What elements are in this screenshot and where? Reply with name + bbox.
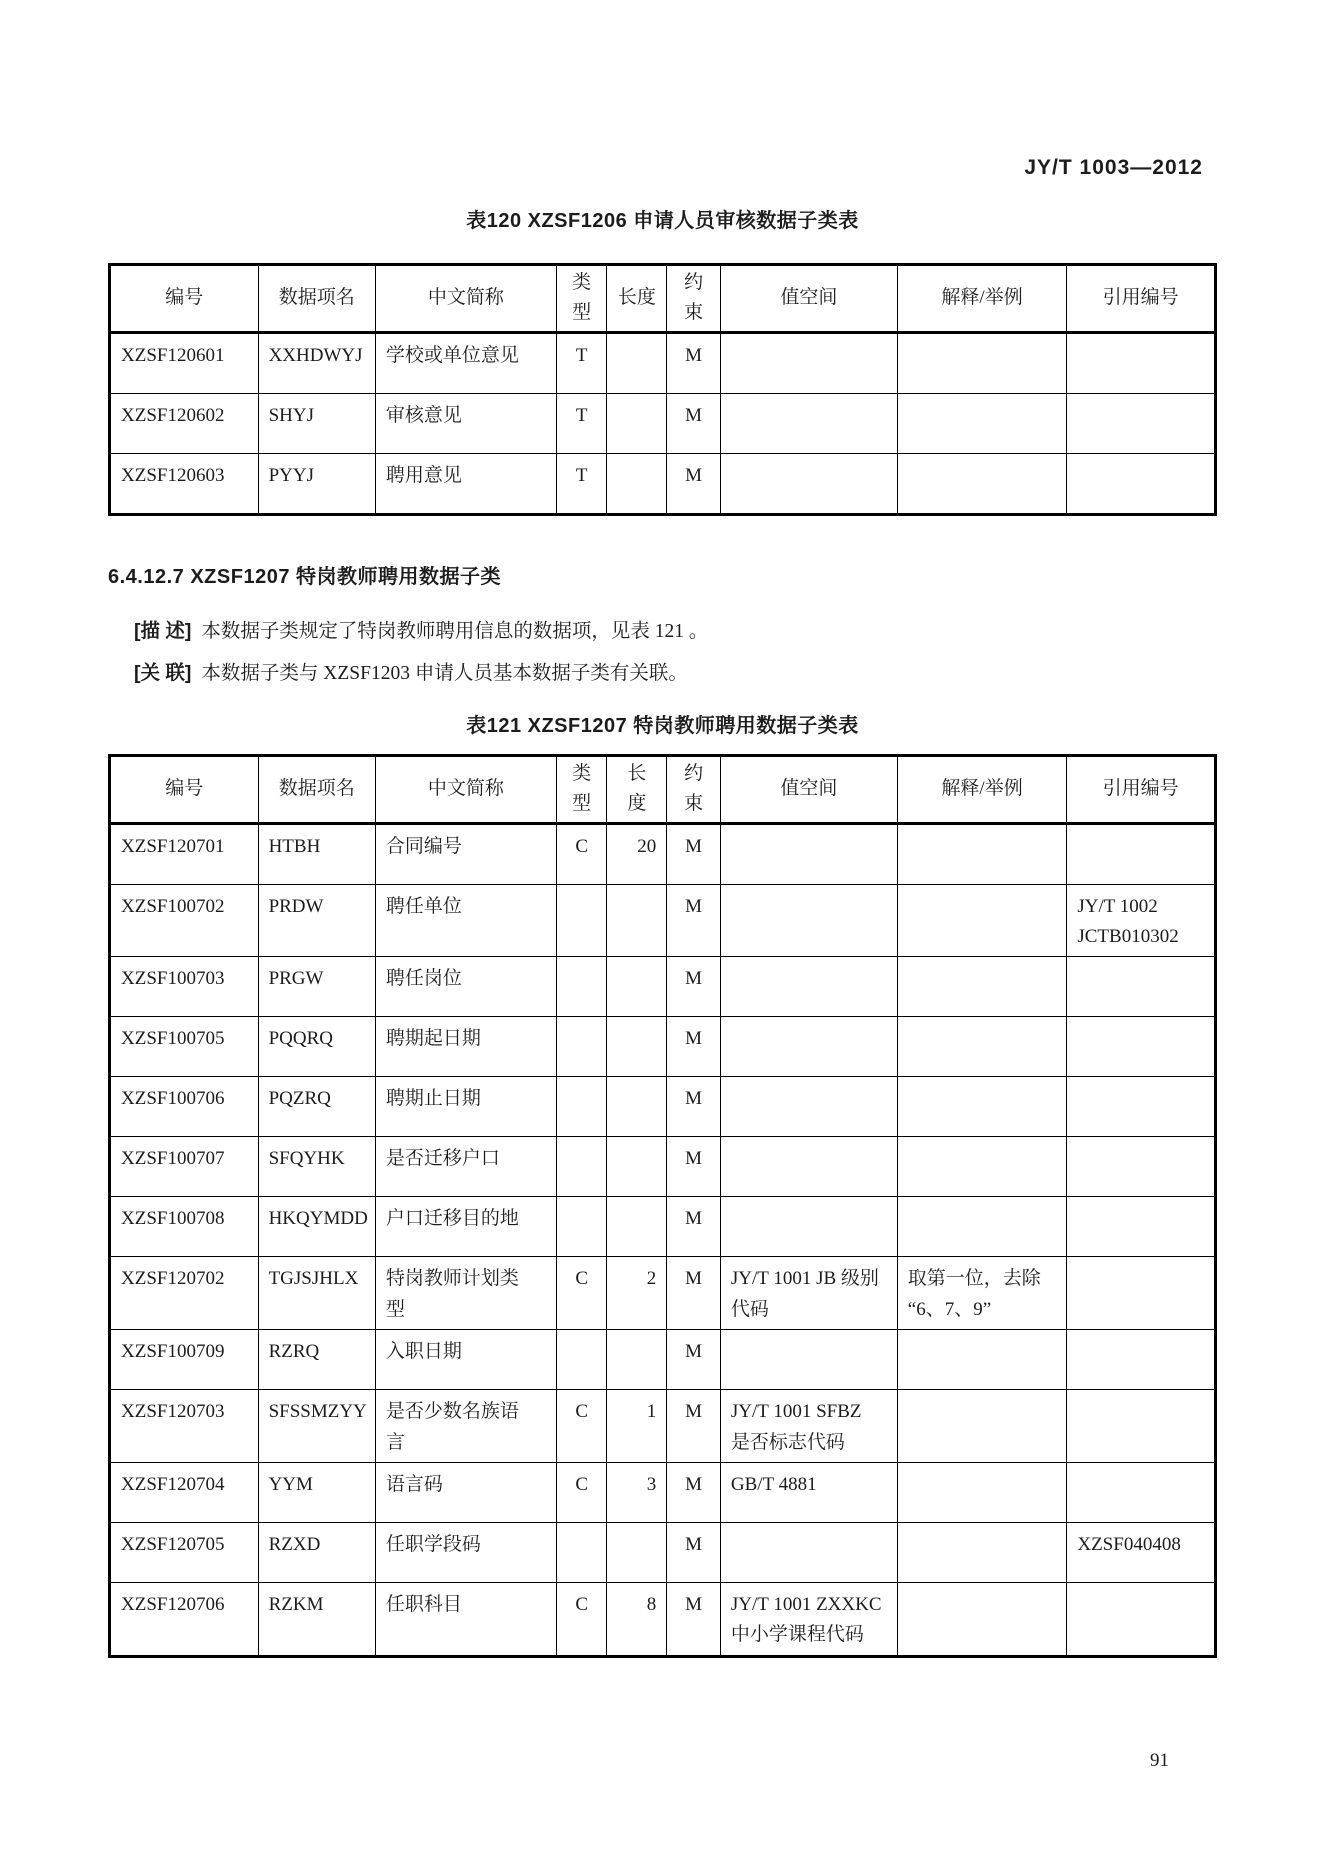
- cell-type: [556, 1017, 606, 1077]
- cell-item-name: HTBH: [258, 823, 375, 884]
- cell-item-name: SFSSMZYY: [258, 1390, 375, 1463]
- cell-value-space: JY/T 1001 ZXXKC 中小学课程代码: [720, 1582, 897, 1656]
- cell-explanation: [897, 823, 1067, 884]
- cell-chinese-short-name: 聘期起日期: [375, 1017, 556, 1077]
- cell-explanation: [897, 1017, 1067, 1077]
- table-row: XZSF100702PRDW聘任单位MJY/T 1002 JCTB010302: [110, 884, 1216, 957]
- cell-reference-id: JY/T 1002 JCTB010302: [1067, 884, 1216, 957]
- cell-reference-id: [1067, 1390, 1216, 1463]
- cell-id: XZSF120702: [110, 1257, 259, 1330]
- header-item-name: 数据项名: [258, 265, 375, 333]
- paragraph-relation-text: 本数据子类与 XZSF1203 申请人员基本数据子类有关联。: [201, 663, 687, 684]
- cell-length: [607, 1330, 667, 1390]
- cell-chinese-short-name: 聘用意见: [375, 453, 556, 514]
- cell-id: XZSF120603: [110, 453, 259, 514]
- cell-id: XZSF120706: [110, 1582, 259, 1656]
- cell-id: XZSF100708: [110, 1197, 259, 1257]
- cell-value-space: [720, 1330, 897, 1390]
- cell-length: [607, 1137, 667, 1197]
- header-item-name: 数据项名: [258, 755, 375, 823]
- cell-item-name: PRDW: [258, 884, 375, 957]
- cell-type: C: [556, 1582, 606, 1656]
- cell-chinese-short-name: 特岗教师计划类 型: [375, 1257, 556, 1330]
- cell-length: [607, 453, 667, 514]
- cell-type: [556, 1077, 606, 1137]
- cell-type: C: [556, 1390, 606, 1463]
- cell-length: [607, 1017, 667, 1077]
- header-id: 编号: [110, 755, 259, 823]
- cell-length: [607, 393, 667, 453]
- cell-type: [556, 1522, 606, 1582]
- cell-constraint: M: [667, 1582, 721, 1656]
- cell-item-name: PQQRQ: [258, 1017, 375, 1077]
- cell-explanation: [897, 1522, 1067, 1582]
- table120: 编号数据项名中文简称类 型长度约 束值空间解释/举例引用编号 XZSF12060…: [108, 263, 1217, 516]
- table121-header-row: 编号数据项名中文简称类 型长 度约 束值空间解释/举例引用编号: [110, 755, 1216, 823]
- table-row: XZSF120705RZXD任职学段码MXZSF040408: [110, 1522, 1216, 1582]
- cell-length: [607, 332, 667, 393]
- cell-item-name: RZXD: [258, 1522, 375, 1582]
- cell-chinese-short-name: 合同编号: [375, 823, 556, 884]
- cell-type: [556, 1137, 606, 1197]
- cell-chinese-short-name: 是否少数名族语 言: [375, 1390, 556, 1463]
- cell-item-name: PQZRQ: [258, 1077, 375, 1137]
- cell-constraint: M: [667, 1462, 721, 1522]
- cell-reference-id: [1067, 1257, 1216, 1330]
- table-row: XZSF120706RZKM任职科目C8MJY/T 1001 ZXXKC 中小学…: [110, 1582, 1216, 1656]
- cell-chinese-short-name: 任职学段码: [375, 1522, 556, 1582]
- header-constraint: 约 束: [667, 265, 721, 333]
- header-chinese-short-name: 中文简称: [375, 755, 556, 823]
- header-length: 长 度: [607, 755, 667, 823]
- table-row: XZSF120704YYM语言码C3MGB/T 4881: [110, 1462, 1216, 1522]
- paragraph-description-text: 本数据子类规定了特岗教师聘用信息的数据项，见表 121 。: [201, 621, 708, 642]
- cell-id: XZSF100703: [110, 957, 259, 1017]
- cell-value-space: [720, 393, 897, 453]
- cell-constraint: M: [667, 823, 721, 884]
- cell-type: [556, 884, 606, 957]
- table120-body: XZSF120601XXHDWYJ学校或单位意见TMXZSF120602SHYJ…: [110, 332, 1216, 514]
- cell-chinese-short-name: 任职科目: [375, 1582, 556, 1656]
- cell-id: XZSF120602: [110, 393, 259, 453]
- cell-id: XZSF120704: [110, 1462, 259, 1522]
- cell-reference-id: [1067, 1197, 1216, 1257]
- cell-id: XZSF100706: [110, 1077, 259, 1137]
- paragraph-description: [描 述]本数据子类规定了特岗教师聘用信息的数据项，见表 121 。: [108, 615, 1217, 643]
- table121-body: XZSF120701HTBH合同编号C20MXZSF100702PRDW聘任单位…: [110, 823, 1216, 1656]
- cell-item-name: RZKM: [258, 1582, 375, 1656]
- cell-value-space: [720, 823, 897, 884]
- cell-value-space: [720, 957, 897, 1017]
- table-row: XZSF100707SFQYHK是否迁移户口M: [110, 1137, 1216, 1197]
- table-row: XZSF120703SFSSMZYY是否少数名族语 言C1MJY/T 1001 …: [110, 1390, 1216, 1463]
- cell-value-space: [720, 453, 897, 514]
- cell-constraint: M: [667, 1522, 721, 1582]
- cell-length: 3: [607, 1462, 667, 1522]
- page-number: 91: [1150, 1750, 1169, 1772]
- cell-constraint: M: [667, 1137, 721, 1197]
- cell-length: [607, 1197, 667, 1257]
- header-explanation: 解释/举例: [897, 265, 1067, 333]
- cell-length: [607, 1522, 667, 1582]
- cell-item-name: SFQYHK: [258, 1137, 375, 1197]
- cell-type: C: [556, 823, 606, 884]
- cell-chinese-short-name: 语言码: [375, 1462, 556, 1522]
- cell-constraint: M: [667, 1330, 721, 1390]
- page-content: JY/T 1003—2012 表120 XZSF1206 申请人员审核数据子类表…: [108, 0, 1217, 1658]
- cell-item-name: XXHDWYJ: [258, 332, 375, 393]
- cell-explanation: [897, 1137, 1067, 1197]
- cell-reference-id: [1067, 453, 1216, 514]
- cell-length: 2: [607, 1257, 667, 1330]
- cell-chinese-short-name: 聘任单位: [375, 884, 556, 957]
- cell-type: [556, 957, 606, 1017]
- cell-length: 8: [607, 1582, 667, 1656]
- paragraph-description-label: [描 述]: [134, 620, 191, 642]
- cell-explanation: [897, 957, 1067, 1017]
- table-row: XZSF120603PYYJ聘用意见TM: [110, 453, 1216, 514]
- cell-value-space: [720, 1197, 897, 1257]
- cell-item-name: PRGW: [258, 957, 375, 1017]
- cell-explanation: [897, 1077, 1067, 1137]
- cell-reference-id: [1067, 957, 1216, 1017]
- cell-constraint: M: [667, 1077, 721, 1137]
- cell-item-name: SHYJ: [258, 393, 375, 453]
- cell-constraint: M: [667, 1257, 721, 1330]
- cell-id: XZSF120705: [110, 1522, 259, 1582]
- cell-explanation: [897, 1582, 1067, 1656]
- cell-type: C: [556, 1462, 606, 1522]
- table-row: XZSF100703PRGW聘任岗位M: [110, 957, 1216, 1017]
- table-row: XZSF100706PQZRQ聘期止日期M: [110, 1077, 1216, 1137]
- cell-constraint: M: [667, 957, 721, 1017]
- cell-id: XZSF120601: [110, 332, 259, 393]
- paragraph-relation: [关 联]本数据子类与 XZSF1203 申请人员基本数据子类有关联。: [108, 657, 1217, 685]
- cell-value-space: [720, 884, 897, 957]
- table-row: XZSF120601XXHDWYJ学校或单位意见TM: [110, 332, 1216, 393]
- table-row: XZSF100709RZRQ入职日期M: [110, 1330, 1216, 1390]
- cell-item-name: HKQYMDD: [258, 1197, 375, 1257]
- cell-length: [607, 957, 667, 1017]
- cell-id: XZSF100702: [110, 884, 259, 957]
- table-row: XZSF120602SHYJ审核意见TM: [110, 393, 1216, 453]
- cell-item-name: RZRQ: [258, 1330, 375, 1390]
- cell-value-space: [720, 1017, 897, 1077]
- cell-explanation: [897, 453, 1067, 514]
- standard-doc-code: JY/T 1003—2012: [108, 156, 1217, 180]
- cell-value-space: JY/T 1001 SFBZ 是否标志代码: [720, 1390, 897, 1463]
- cell-explanation: [897, 1390, 1067, 1463]
- table120-header: 编号数据项名中文简称类 型长度约 束值空间解释/举例引用编号: [110, 265, 1216, 333]
- cell-constraint: M: [667, 1390, 721, 1463]
- cell-value-space: GB/T 4881: [720, 1462, 897, 1522]
- cell-chinese-short-name: 是否迁移户口: [375, 1137, 556, 1197]
- cell-value-space: [720, 1137, 897, 1197]
- cell-reference-id: [1067, 393, 1216, 453]
- cell-constraint: M: [667, 1017, 721, 1077]
- cell-value-space: JY/T 1001 JB 级别 代码: [720, 1257, 897, 1330]
- cell-length: [607, 884, 667, 957]
- cell-constraint: M: [667, 1197, 721, 1257]
- table120-header-row: 编号数据项名中文简称类 型长度约 束值空间解释/举例引用编号: [110, 265, 1216, 333]
- header-value-space: 值空间: [720, 755, 897, 823]
- cell-chinese-short-name: 入职日期: [375, 1330, 556, 1390]
- header-constraint: 约 束: [667, 755, 721, 823]
- cell-id: XZSF100705: [110, 1017, 259, 1077]
- cell-explanation: 取第一位，去除 “6、7、9”: [897, 1257, 1067, 1330]
- header-value-space: 值空间: [720, 265, 897, 333]
- table-row: XZSF100708HKQYMDD户口迁移目的地M: [110, 1197, 1216, 1257]
- cell-id: XZSF100709: [110, 1330, 259, 1390]
- cell-constraint: M: [667, 884, 721, 957]
- cell-value-space: [720, 1077, 897, 1137]
- cell-chinese-short-name: 学校或单位意见: [375, 332, 556, 393]
- cell-chinese-short-name: 聘任岗位: [375, 957, 556, 1017]
- cell-reference-id: [1067, 1137, 1216, 1197]
- cell-length: [607, 1077, 667, 1137]
- cell-constraint: M: [667, 332, 721, 393]
- cell-type: T: [556, 332, 606, 393]
- cell-type: T: [556, 453, 606, 514]
- cell-id: XZSF120703: [110, 1390, 259, 1463]
- cell-constraint: M: [667, 453, 721, 514]
- cell-item-name: TGJSJHLX: [258, 1257, 375, 1330]
- table120-title: 表120 XZSF1206 申请人员审核数据子类表: [108, 204, 1217, 233]
- cell-reference-id: [1067, 1462, 1216, 1522]
- cell-reference-id: [1067, 332, 1216, 393]
- cell-item-name: PYYJ: [258, 453, 375, 514]
- cell-chinese-short-name: 户口迁移目的地: [375, 1197, 556, 1257]
- section-heading: 6.4.12.7 XZSF1207 特岗教师聘用数据子类: [108, 560, 1217, 589]
- cell-item-name: YYM: [258, 1462, 375, 1522]
- document-page: JY/T 1003—2012 表120 XZSF1206 申请人员审核数据子类表…: [0, 0, 1323, 1871]
- table-row: XZSF120701HTBH合同编号C20M: [110, 823, 1216, 884]
- cell-explanation: [897, 1197, 1067, 1257]
- cell-explanation: [897, 1330, 1067, 1390]
- cell-reference-id: [1067, 1582, 1216, 1656]
- table-row: XZSF100705PQQRQ聘期起日期M: [110, 1017, 1216, 1077]
- table121-title: 表121 XZSF1207 特岗教师聘用数据子类表: [108, 709, 1217, 738]
- table121-header: 编号数据项名中文简称类 型长 度约 束值空间解释/举例引用编号: [110, 755, 1216, 823]
- cell-value-space: [720, 332, 897, 393]
- cell-type: T: [556, 393, 606, 453]
- cell-explanation: [897, 393, 1067, 453]
- cell-type: [556, 1330, 606, 1390]
- header-type: 类 型: [556, 755, 606, 823]
- cell-id: XZSF120701: [110, 823, 259, 884]
- cell-type: C: [556, 1257, 606, 1330]
- cell-explanation: [897, 332, 1067, 393]
- cell-reference-id: [1067, 1330, 1216, 1390]
- header-explanation: 解释/举例: [897, 755, 1067, 823]
- cell-value-space: [720, 1522, 897, 1582]
- cell-length: 20: [607, 823, 667, 884]
- header-type: 类 型: [556, 265, 606, 333]
- cell-reference-id: [1067, 1017, 1216, 1077]
- cell-chinese-short-name: 聘期止日期: [375, 1077, 556, 1137]
- cell-reference-id: [1067, 1077, 1216, 1137]
- cell-type: [556, 1197, 606, 1257]
- header-reference-id: 引用编号: [1067, 755, 1216, 823]
- header-reference-id: 引用编号: [1067, 265, 1216, 333]
- cell-explanation: [897, 1462, 1067, 1522]
- table121: 编号数据项名中文简称类 型长 度约 束值空间解释/举例引用编号 XZSF1207…: [108, 754, 1217, 1658]
- paragraph-relation-label: [关 联]: [134, 662, 191, 684]
- header-id: 编号: [110, 265, 259, 333]
- table-row: XZSF120702TGJSJHLX特岗教师计划类 型C2MJY/T 1001 …: [110, 1257, 1216, 1330]
- cell-constraint: M: [667, 393, 721, 453]
- cell-reference-id: XZSF040408: [1067, 1522, 1216, 1582]
- cell-id: XZSF100707: [110, 1137, 259, 1197]
- cell-explanation: [897, 884, 1067, 957]
- header-chinese-short-name: 中文简称: [375, 265, 556, 333]
- cell-length: 1: [607, 1390, 667, 1463]
- header-length: 长度: [607, 265, 667, 333]
- cell-reference-id: [1067, 823, 1216, 884]
- cell-chinese-short-name: 审核意见: [375, 393, 556, 453]
